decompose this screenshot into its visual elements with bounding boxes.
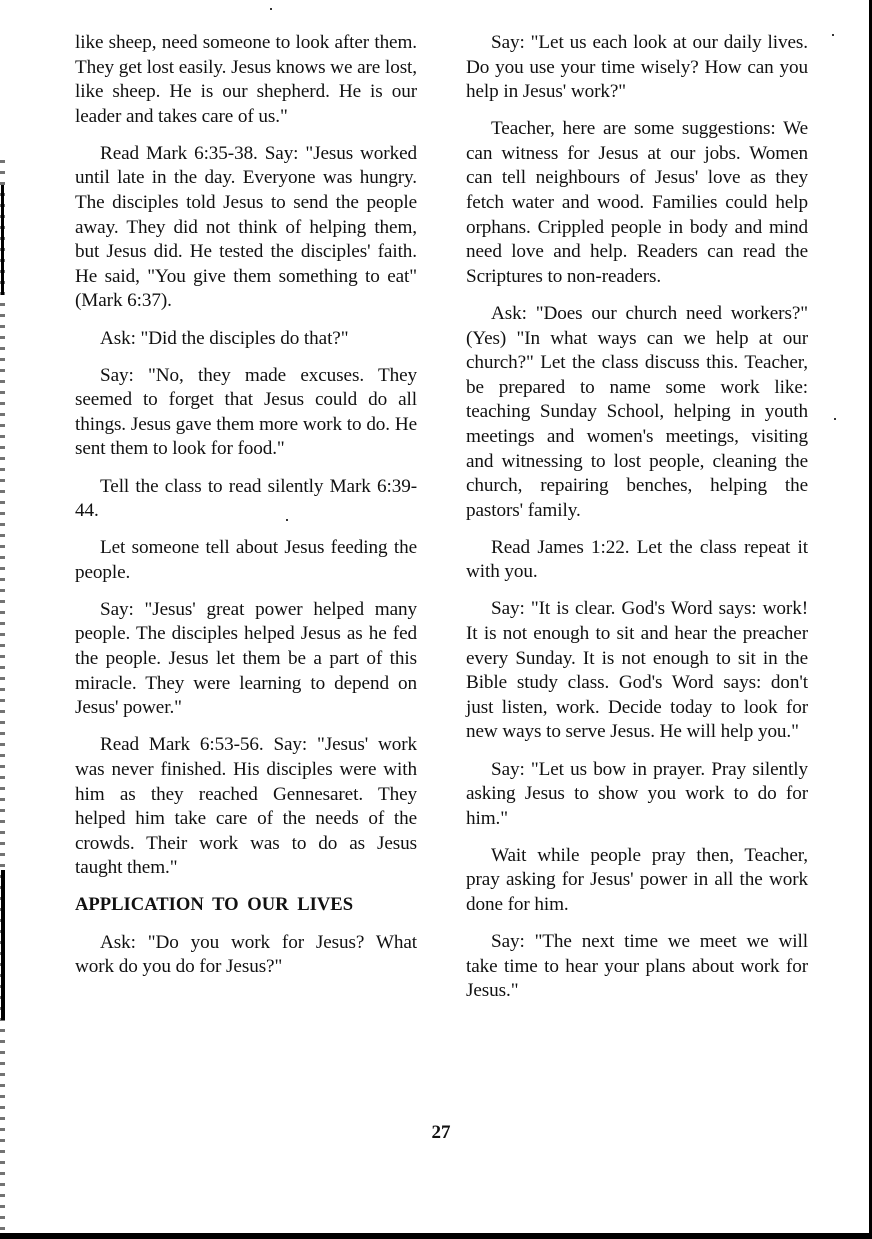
paragraph: Teacher, here are some suggestions: We c… (466, 117, 808, 289)
paragraph: Let someone tell about Jesus feeding the… (75, 536, 417, 585)
scan-speck (832, 34, 834, 36)
paragraph: Wait while people pray then, Teacher, pr… (466, 844, 808, 918)
right-column: Say: "Let us each look at our daily live… (466, 31, 808, 1016)
scan-mark (1, 870, 5, 1020)
scan-edge-left (0, 160, 5, 1235)
paragraph: like sheep, need someone to look after t… (75, 31, 417, 129)
scan-edge-bottom (0, 1233, 872, 1239)
paragraph: Say: "The next time we meet we will take… (466, 930, 808, 1004)
paragraph: Say: "Let us each look at our daily live… (466, 31, 808, 105)
paragraph: Say: "Jesus' great power helped many peo… (75, 598, 417, 721)
paragraph: Ask: "Does our church need workers?" (Ye… (466, 302, 808, 523)
paragraph: Say: "It is clear. God's Word says: work… (466, 597, 808, 745)
paragraph: Say: "No, they made excuses. They seemed… (75, 364, 417, 462)
scan-speck (834, 418, 836, 420)
paragraph: Read Mark 6:53-56. Say: "Jesus' work was… (75, 733, 417, 881)
paragraph: Read Mark 6:35-38. Say: "Jesus worked un… (75, 142, 417, 314)
paragraph: Say: "Let us bow in prayer. Pray silentl… (466, 758, 808, 832)
paragraph: Ask: "Do you work for Jesus? What work d… (75, 931, 417, 980)
left-column: like sheep, need someone to look after t… (75, 31, 417, 992)
page-number: 27 (0, 1122, 872, 1144)
section-heading: APPLICATION TO OUR LIVES (75, 893, 417, 918)
paragraph: Tell the class to read silently Mark 6:3… (75, 475, 417, 524)
paragraph: Read James 1:22. Let the class repeat it… (466, 536, 808, 585)
book-page: like sheep, need someone to look after t… (0, 0, 872, 1239)
paragraph: Ask: "Did the disciples do that?" (75, 327, 417, 352)
scan-mark (1, 185, 4, 295)
scan-speck (270, 8, 272, 10)
